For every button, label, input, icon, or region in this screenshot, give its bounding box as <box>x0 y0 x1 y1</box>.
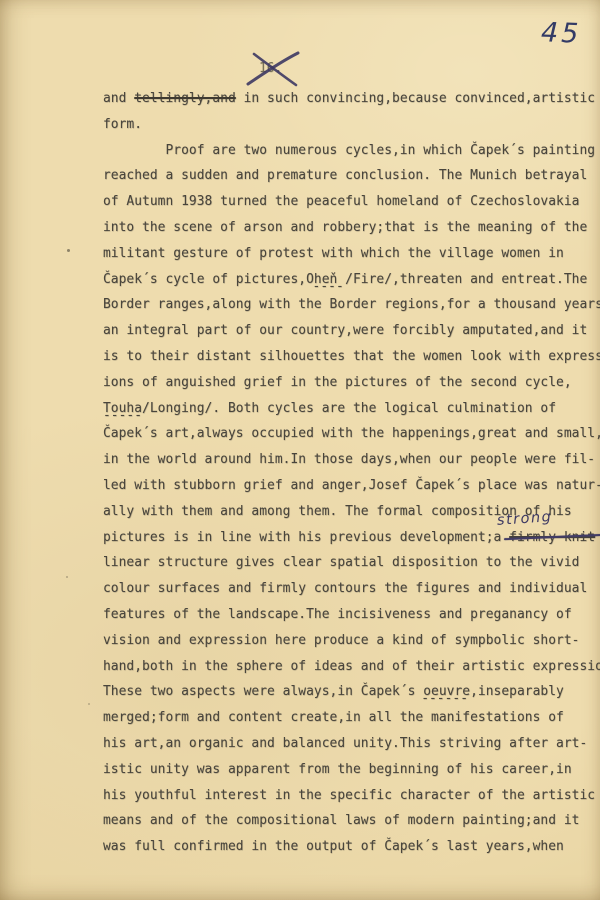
typed-text: Čapek´s art,always occupied with the hap… <box>103 426 600 441</box>
typescript-line: vision and expression here produce a kin… <box>103 628 600 654</box>
typescript-line: Border ranges,along with the Border regi… <box>103 292 600 318</box>
typescript-line: Čapek´s cycle of pictures,Oheň /Fire/,th… <box>103 267 600 293</box>
typed-text: of Autumn 1938 turned the peaceful homel… <box>103 194 579 209</box>
typed-text: in the world around him.In those days,wh… <box>103 452 595 467</box>
typescript-line: form. <box>103 112 600 138</box>
typed-text: and <box>103 91 134 106</box>
typed-text: his art,an organic and balanced unity.Th… <box>103 736 587 751</box>
typed-text: Border ranges,along with the Border regi… <box>103 297 600 312</box>
paper-speck <box>66 576 68 578</box>
struck-out-text: tellingly,and <box>134 91 236 106</box>
typescript-line: reached a sudden and premature conclusio… <box>103 163 600 189</box>
typescript-line: colour surfaces and firmly contours the … <box>103 576 600 602</box>
typed-text: vision and expression here produce a kin… <box>103 633 579 648</box>
typescript-line: his art,an organic and balanced unity.Th… <box>103 731 600 757</box>
typescript-line: an integral part of our country,were for… <box>103 318 600 344</box>
typed-text: reached a sudden and premature conclusio… <box>103 168 587 183</box>
paper-speck <box>88 703 90 705</box>
typed-text: These two aspects were always,in Čapek´s… <box>103 684 564 699</box>
typed-text: means and of the compositional laws of m… <box>103 813 579 828</box>
typed-text: ions of anguished grief in the pictures … <box>103 375 572 390</box>
typescript-line: means and of the compositional laws of m… <box>103 808 600 834</box>
typescript-line: pictures is in line with his previous de… <box>103 525 600 551</box>
typescript-line: in the world around him.In those days,wh… <box>103 447 600 473</box>
typed-text: Proof are two numerous cycles,in which Č… <box>103 143 595 158</box>
typescript-line: into the scene of arson and robbery;that… <box>103 215 600 241</box>
typescript-line: These two aspects were always,in Čapek´s… <box>103 679 600 705</box>
typed-text: led with stubborn grief and anger,Josef … <box>103 478 600 493</box>
typed-text: istic unity was apparent from the beginn… <box>103 762 572 777</box>
typescript-line: is to their distant silhouettes that the… <box>103 344 600 370</box>
typescript-line: linear structure gives clear spatial dis… <box>103 550 600 576</box>
handwritten-page-number: 45 <box>540 17 581 49</box>
typescript-line: his youthful interest in the specific ch… <box>103 783 600 809</box>
typescript-lines: and tellingly,and in such convincing,bec… <box>103 86 600 860</box>
typescript-line: led with stubborn grief and anger,Josef … <box>103 473 600 499</box>
typescript-line: features of the landscape.The incisivene… <box>103 602 600 628</box>
typed-text: colour surfaces and firmly contours the … <box>103 581 587 596</box>
typed-text: was full confirmed in the output of Čape… <box>103 839 564 854</box>
typescript-line: istic unity was apparent from the beginn… <box>103 757 600 783</box>
struck-out-text: firmly knitstrong <box>509 530 595 545</box>
typed-text: is to their distant silhouettes that the… <box>103 349 600 364</box>
typescript-line: Proof are two numerous cycles,in which Č… <box>103 138 600 164</box>
typed-text: features of the landscape.The incisivene… <box>103 607 572 622</box>
typescript-line: hand,both in the sphere of ideas and of … <box>103 654 600 680</box>
paper-speck <box>67 249 70 252</box>
scanned-document-page: { "page": { "handwritten_page_number": "… <box>0 0 600 900</box>
typed-text: an integral part of our country,were for… <box>103 323 587 338</box>
typed-text: pictures is in line with his previous de… <box>103 530 509 545</box>
typescript-line: and tellingly,and in such convincing,bec… <box>103 86 600 112</box>
typed-text: hand,both in the sphere of ideas and of … <box>103 659 600 674</box>
typed-text: militant gesture of protest with which t… <box>103 246 564 261</box>
handwritten-correction: strong <box>496 505 553 535</box>
typed-text: in such convincing,because convinced,art… <box>236 91 595 106</box>
typescript-line: Touha/Longing/. Both cycles are the logi… <box>103 396 600 422</box>
typed-text: Touha/Longing/. Both cycles are the logi… <box>103 401 556 416</box>
typed-text: Čapek´s cycle of pictures,Oheň /Fire/,th… <box>103 272 587 287</box>
typescript-line: militant gesture of protest with which t… <box>103 241 600 267</box>
typed-text: his youthful interest in the specific ch… <box>103 788 595 803</box>
typescript-line: Čapek´s art,always occupied with the hap… <box>103 421 600 447</box>
typescript-line: of Autumn 1938 turned the peaceful homel… <box>103 189 600 215</box>
typed-text: into the scene of arson and robbery;that… <box>103 220 587 235</box>
typescript-line: ions of anguished grief in the pictures … <box>103 370 600 396</box>
typed-text: linear structure gives clear spatial dis… <box>103 555 579 570</box>
typescript-line: merged;form and content create,in all th… <box>103 705 600 731</box>
typescript-line: was full confirmed in the output of Čape… <box>103 834 600 860</box>
typed-text: form. <box>103 117 142 132</box>
typed-text: merged;form and content create,in all th… <box>103 710 564 725</box>
